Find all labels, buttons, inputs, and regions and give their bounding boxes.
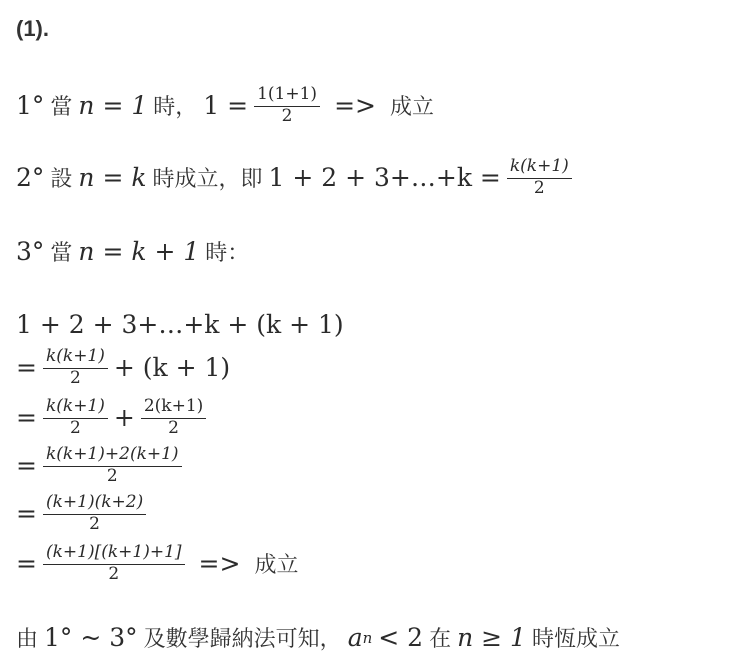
derivation-line-5: = (k+1)[(k+1)+1]2 => 成立: [16, 544, 304, 584]
step-label: 1°: [16, 91, 44, 120]
derivation-line-2: = k(k+1)2 + 2(k+1)2: [16, 398, 212, 438]
step-1: 1° 當 n = 1 時， 1 = 1(1+1)2 => 成立: [16, 86, 440, 126]
step-3: 3° 當 n = k + 1 時：: [16, 236, 255, 267]
fraction: k(k+1)2: [507, 158, 572, 198]
step-label: 3°: [16, 237, 44, 266]
derivation-line-4: = (k+1)(k+2)2: [16, 494, 152, 534]
step-2: 2° 設 n = k 時成立，即 1 + 2 + 3+…+k = k(k+1)2: [16, 158, 578, 198]
condition: n = 1: [78, 91, 147, 120]
section-title: (1).: [16, 16, 49, 42]
conclusion: 由 1° ~ 3° 及數學歸納法可知， an < 2 在 n ≥ 1 時恆成立: [16, 622, 626, 653]
derivation-line-0: 1 + 2 + 3+…+k + (k + 1): [16, 310, 344, 339]
step-label: 2°: [16, 163, 44, 192]
derivation-line-1: = k(k+1)2 + (k + 1): [16, 348, 230, 388]
fraction: 1(1+1)2: [254, 86, 320, 126]
derivation-line-3: = k(k+1)+2(k+1)2: [16, 446, 188, 486]
